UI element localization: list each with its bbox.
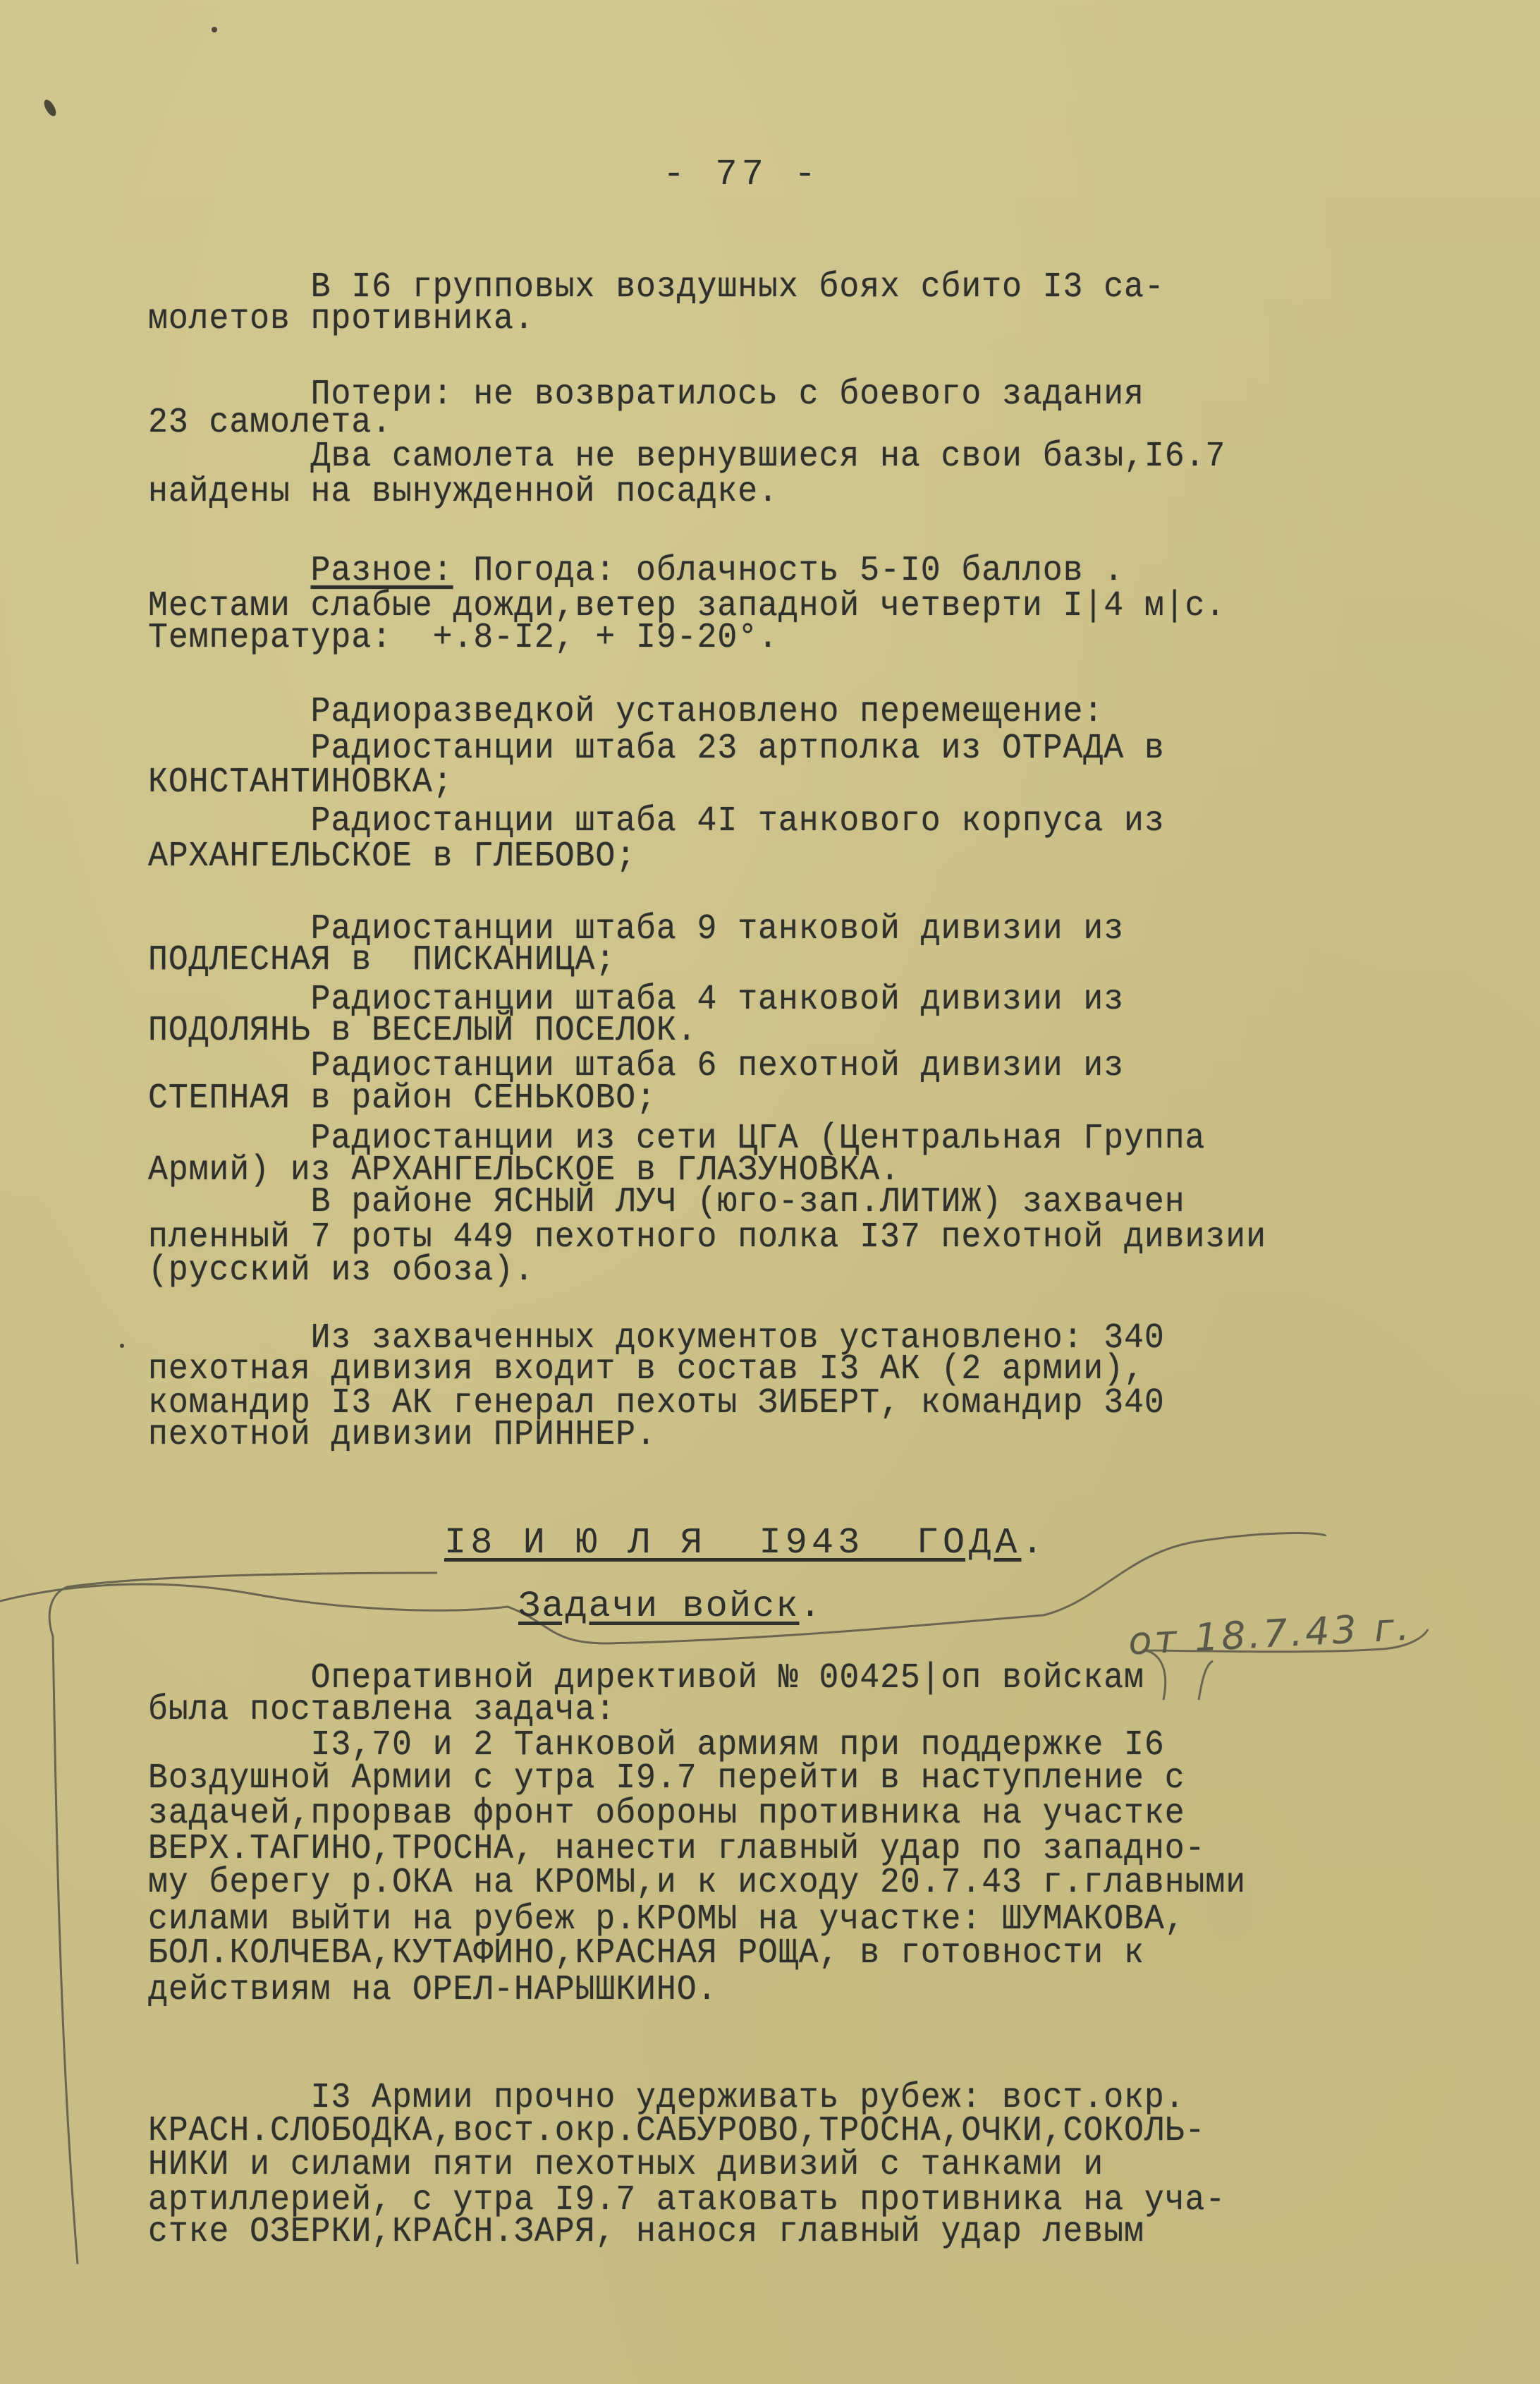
paper-speck (212, 27, 217, 32)
text-line: стке ОЗЕРКИ,КРАСН.ЗАРЯ, нанося главный у… (148, 2215, 1144, 2250)
misc-label: Разное: (311, 551, 453, 591)
page-number: - 77 - (663, 154, 820, 195)
text-line: молетов противника. (148, 302, 534, 337)
text-line: СТЕПНАЯ в район СЕНЬКОВО; (148, 1081, 656, 1117)
text-line: Воздушной Армии с утра I9.7 перейти в на… (148, 1761, 1185, 1796)
text-line: В районе ЯСНЫЙ ЛУЧ (юго-зап.ЛИТИЖ) захва… (148, 1185, 1185, 1220)
text-line: КРАСН.СЛОБОДКА,вост.окр.САБУРОВО,ТРОСНА,… (148, 2114, 1205, 2149)
text-line: задачей,прорвав фронт обороны противника… (148, 1796, 1185, 1832)
text-line: Разное: Погода: облачность 5-I0 баллов . (148, 554, 1124, 589)
tasks-heading: Задачи войск. (518, 1586, 823, 1627)
text-line: действиям на ОРЕЛ-НАРЫШКИНО. (148, 1973, 717, 2008)
text-line: была поставлена задача: (148, 1693, 616, 1728)
text-line: НИКИ и силами пяти пехотных дивизий с та… (148, 2148, 1104, 2183)
text-line: ПОДЛЕСНАЯ в ПИСКАНИЦА; (148, 943, 616, 978)
text-line: Температура: +.8-I2, + I9-20°. (148, 621, 778, 656)
text-line: ПОДОЛЯНЬ в ВЕСЕЛЫЙ ПОСЕЛОК. (148, 1014, 697, 1049)
text-line: Радиостанции штаба 4I танкового корпуса … (148, 804, 1165, 839)
text-line: пехотная дивизия входит в состав I3 АК (… (148, 1352, 1144, 1387)
text-line: Радиоразведкой установлено перемещение: (148, 695, 1104, 730)
text-line: (русский из обоза). (148, 1253, 534, 1289)
text-line: ВЕРХ.ТАГИНО,ТРОСНА, нанести главный удар… (148, 1832, 1205, 1867)
text-line: КОНСТАНТИНОВКА; (148, 765, 453, 801)
paper-speck (120, 1344, 124, 1348)
text-line: БОЛ.КОЛЧЕВА,КУТАФИНО,КРАСНАЯ РОЩА, в гот… (148, 1936, 1144, 1971)
text-line: Радиостанции штаба 23 артполка из ОТРАДА… (148, 731, 1165, 767)
text-line: пехотной дивизии ПРИННЕР. (148, 1418, 656, 1453)
date-heading: I8 И Ю Л Я I943 ГОДА. (444, 1522, 1048, 1564)
text-line: АРХАНГЕЛЬСКОЕ в ГЛЕБОВО; (148, 839, 636, 875)
text-line: найдены на вынужденной посадке. (148, 475, 778, 510)
text-line: силами выйти на рубеж р.КРОМЫ на участке… (148, 1902, 1185, 1938)
text-line: му берегу р.ОКА на КРОМЫ,и к исходу 20.7… (148, 1866, 1246, 1901)
text-line: 23 самолета. (148, 406, 392, 441)
text-line: Два самолета не вернувшиеся на свои базы… (148, 439, 1226, 475)
